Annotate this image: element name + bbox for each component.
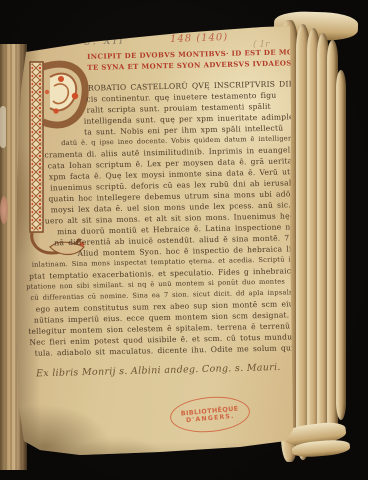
page-edge-strip (336, 70, 346, 420)
main-text-block: ROBATIO CASTELLORŪ QVĘ INSCRIPTVRIS DIFI… (20, 78, 304, 359)
shelfmark-annotation: 148 (140) (170, 32, 229, 45)
facing-page-decoration-glimpse (0, 196, 8, 224)
century-annotation: S. XII (84, 35, 126, 47)
paper-fragment (0, 106, 6, 148)
photo-scene: S. XII 148 (140) ( 1r INCIPIT DE DVOBVS … (0, 0, 368, 480)
